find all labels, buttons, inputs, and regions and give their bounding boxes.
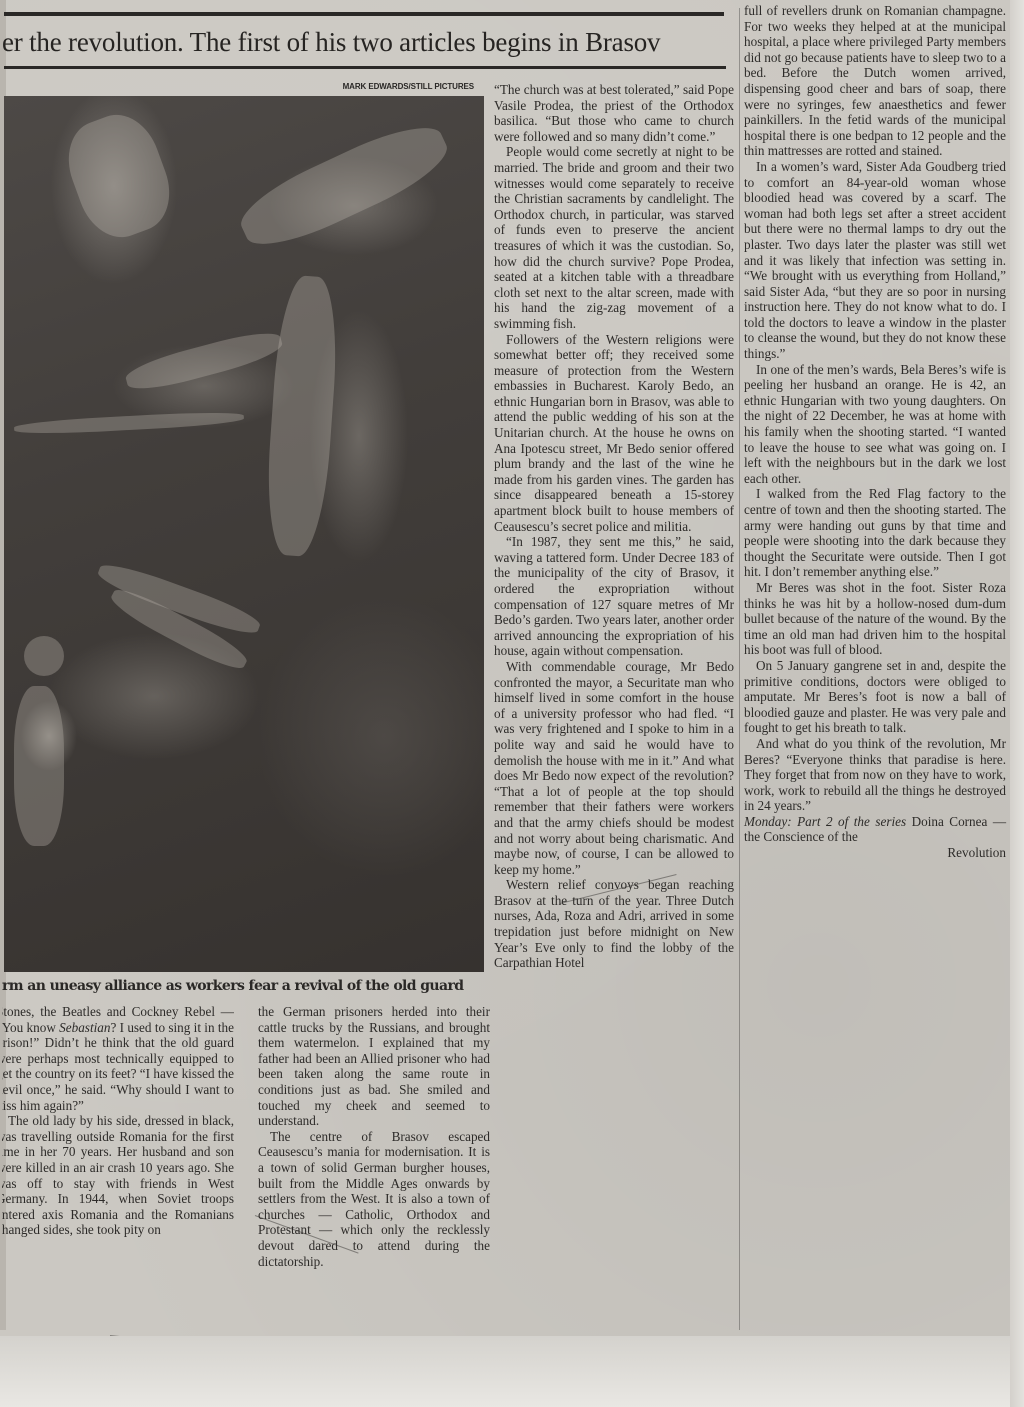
paragraph: Stones, the Beatles and Cockney Rebel — … — [2, 1004, 234, 1113]
article-column-bottom-left-1: Stones, the Beatles and Cockney Rebel — … — [2, 1004, 234, 1238]
newspaper-clipping: er the revolution. The first of his two … — [0, 0, 1024, 1407]
paragraph: Western relief convoys began reaching Br… — [494, 877, 734, 971]
headline: er the revolution. The first of his two … — [2, 22, 732, 62]
column-divider — [739, 8, 740, 1330]
teaser-last-line: Revolution — [744, 845, 1006, 861]
paragraph: And what do you think of the revolution,… — [744, 736, 1006, 814]
paragraph: I walked from the Red Flag factory to th… — [744, 486, 1006, 580]
series-teaser: Monday: Part 2 of the series Doina Corne… — [744, 814, 1006, 845]
headline-bottom-rule — [4, 66, 726, 69]
scan-bottom-margin — [0, 1336, 1024, 1407]
paragraph: “The church was at best tolerated,” said… — [494, 82, 734, 144]
paragraph: Mr Beres was shot in the foot. Sister Ro… — [744, 580, 1006, 658]
photo-caption: rm an uneasy alliance as workers fear a … — [2, 978, 492, 994]
paragraph: The old lady by his side, dressed in bla… — [2, 1113, 234, 1238]
photo-credit: MARK EDWARDS/STILL PICTURES — [268, 82, 474, 91]
paragraph: People would come secretly at night to b… — [494, 144, 734, 331]
paragraph: the German prisoners herded into their c… — [258, 1004, 490, 1129]
article-column-middle: “The church was at best tolerated,” said… — [494, 82, 734, 971]
paragraph: “In 1987, they sent me this,” he said, w… — [494, 534, 734, 659]
paragraph: full of revellers drunk on Romanian cham… — [744, 3, 1006, 159]
paragraph: On 5 January gangrene set in and, despit… — [744, 658, 1006, 736]
news-photo — [4, 96, 484, 972]
paragraph: With commendable courage, Mr Bedo confro… — [494, 659, 734, 877]
article-column-right: full of revellers drunk on Romanian cham… — [744, 3, 1006, 861]
paragraph: In one of the men’s wards, Bela Beres’s … — [744, 362, 1006, 487]
paragraph: Followers of the Western religions were … — [494, 332, 734, 535]
paragraph: The centre of Brasov escaped Ceausescu’s… — [258, 1129, 490, 1269]
scan-right-edge — [1010, 0, 1024, 1407]
teaser-label: Monday: Part 2 of the series — [744, 814, 906, 829]
headline-top-rule — [4, 12, 724, 16]
song-title: Sebastian — [59, 1020, 110, 1035]
paragraph: In a women’s ward, Sister Ada Goudberg t… — [744, 159, 1006, 362]
